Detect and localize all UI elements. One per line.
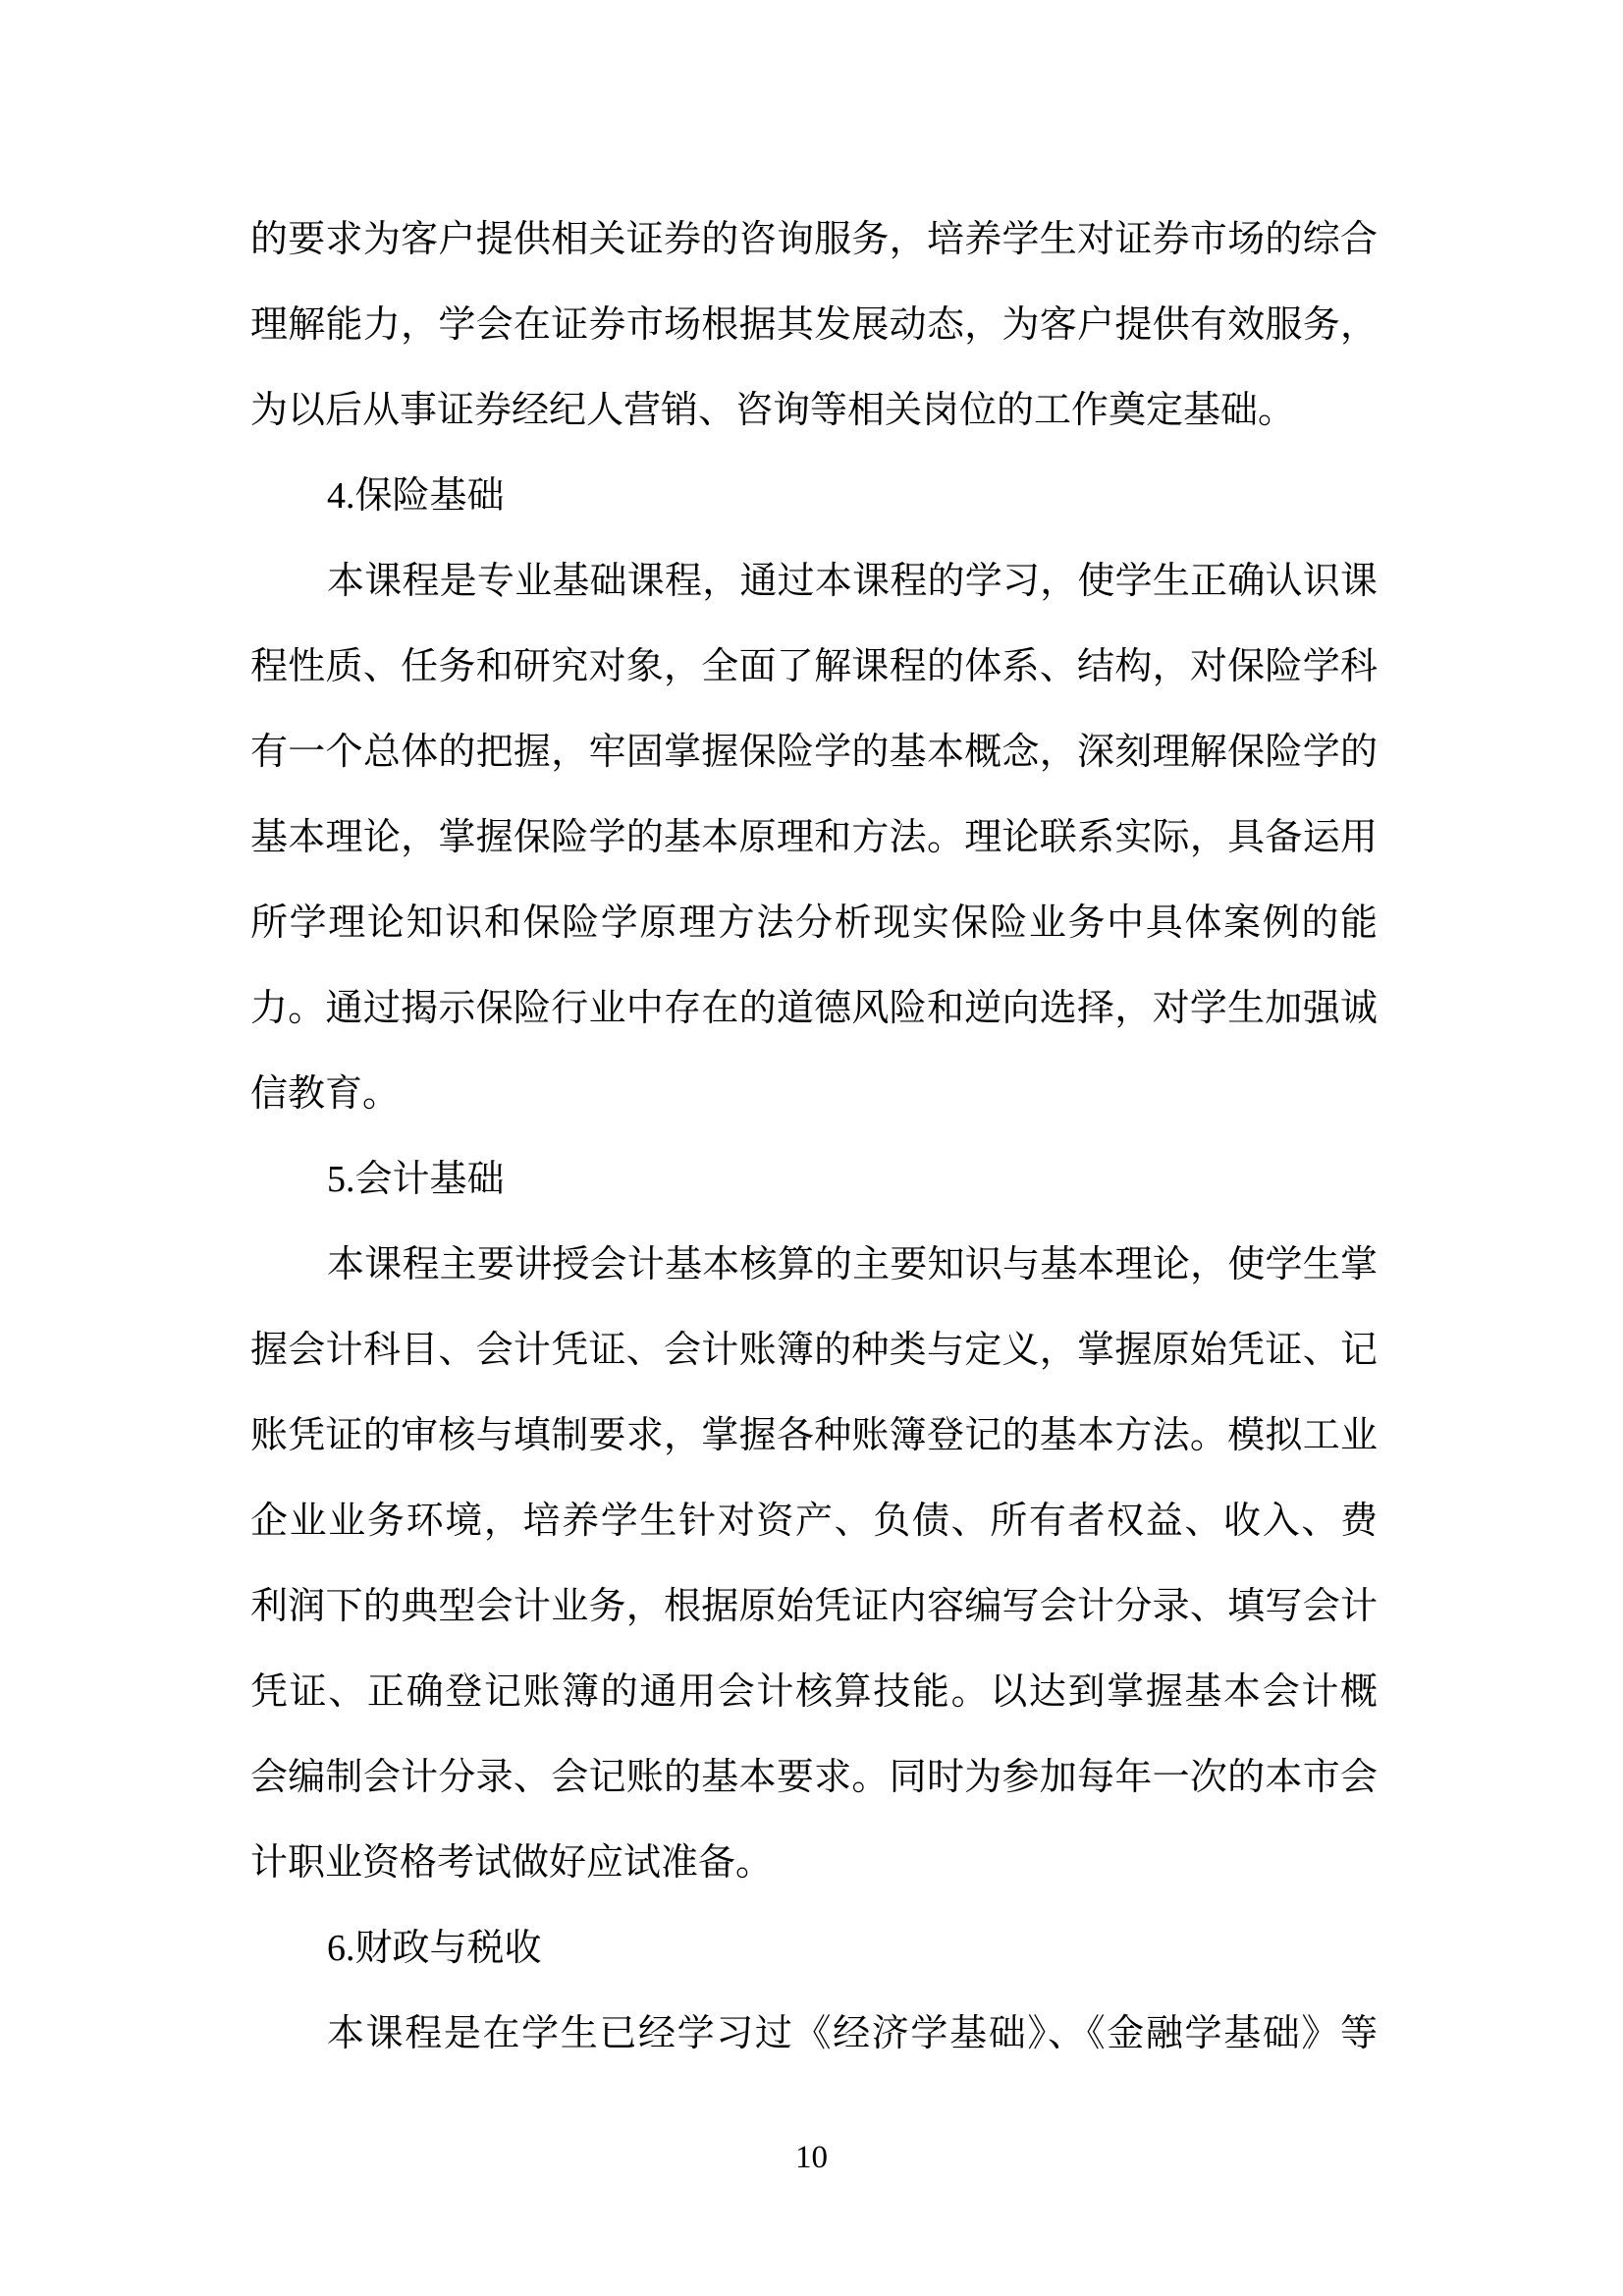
text-line: 为以后从事证券经纪人营销、咨询等相关岗位的工作奠定基础。 bbox=[250, 368, 1378, 454]
text-line: 信教育。 bbox=[250, 1052, 1378, 1137]
text-line: 本课程是专业基础课程，通过本课程的学习，使学生正确认识课 bbox=[250, 539, 1378, 625]
text-line: 账凭证的审核与填制要求，掌握各种账簿登记的基本方法。模拟工业 bbox=[250, 1394, 1378, 1479]
section-heading: 6.财政与税收 bbox=[250, 1906, 1378, 1992]
text-line: 的要求为客户提供相关证券的咨询服务，培养学生对证券市场的综合 bbox=[250, 197, 1378, 283]
section-heading: 4.保险基础 bbox=[250, 454, 1378, 539]
text-line: 力。通过揭示保险行业中存在的道德风险和逆向选择，对学生加强诚 bbox=[250, 966, 1378, 1052]
text-line: 握会计科目、会计凭证、会计账簿的种类与定义，掌握原始凭证、记 bbox=[250, 1308, 1378, 1394]
section-heading: 5.会计基础 bbox=[250, 1137, 1378, 1223]
text-line: 会编制会计分录、会记账的基本要求。同时为参加每年一次的本市会 bbox=[250, 1735, 1378, 1821]
text-line: 本课程主要讲授会计基本核算的主要知识与基本理论，使学生掌 bbox=[250, 1223, 1378, 1308]
text-line: 理解能力，学会在证券市场根据其发展动态，为客户提供有效服务， bbox=[250, 283, 1378, 368]
text-line: 基本理论，掌握保险学的基本原理和方法。理论联系实际，具备运用 bbox=[250, 795, 1378, 881]
text-content: 的要求为客户提供相关证券的咨询服务，培养学生对证券市场的综合理解能力，学会在证券… bbox=[250, 197, 1378, 2077]
text-line: 所学理论知识和保险学原理方法分析现实保险业务中具体案例的能 bbox=[250, 881, 1378, 966]
text-line: 本课程是在学生已经学习过《经济学基础》、《金融学基础》等 bbox=[250, 1992, 1378, 2077]
document-page: 的要求为客户提供相关证券的咨询服务，培养学生对证券市场的综合理解能力，学会在证券… bbox=[0, 0, 1623, 2296]
text-line: 程性质、任务和研究对象，全面了解课程的体系、结构，对保险学科 bbox=[250, 625, 1378, 710]
text-line: 利润下的典型会计业务，根据原始凭证内容编写会计分录、填写会计 bbox=[250, 1564, 1378, 1650]
page-number: 10 bbox=[0, 2137, 1623, 2178]
text-line: 有一个总体的把握，牢固掌握保险学的基本概念，深刻理解保险学的 bbox=[250, 710, 1378, 795]
text-line: 凭证、正确登记账簿的通用会计核算技能。以达到掌握基本会计概念， bbox=[250, 1650, 1378, 1735]
text-line: 企业业务环境，培养学生针对资产、负债、所有者权益、收入、费用、 bbox=[250, 1479, 1378, 1564]
text-line: 计职业资格考试做好应试准备。 bbox=[250, 1821, 1378, 1906]
